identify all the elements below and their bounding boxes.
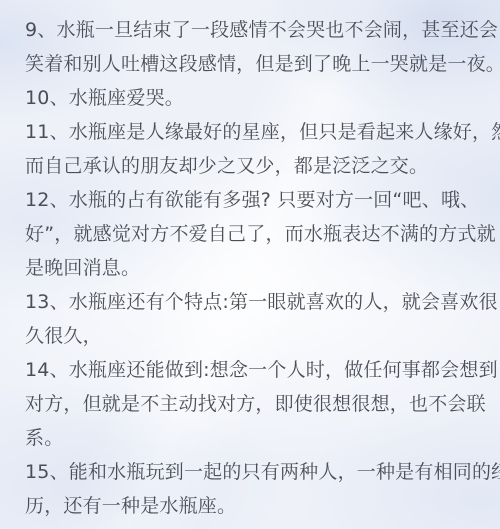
text-block: 9、水瓶一旦结束了一段感情不会哭也不会闹，甚至还会 笑着和别人吐槽这段感情，但是… <box>25 13 482 523</box>
paragraph-line: 笑着和别人吐槽这段感情，但是到了晚上一哭就是一夜。 <box>25 47 482 81</box>
paragraph-line: 好”，就感觉对方不爱自己了，而水瓶表达不满的方式就 <box>25 217 482 251</box>
paragraph-line: 历，还有一种是水瓶座。 <box>25 489 482 523</box>
paragraph-line: 是晚回消息。 <box>25 251 482 285</box>
paragraph-line: 15、能和水瓶玩到一起的只有两种人，一种是有相同的经 <box>25 455 482 489</box>
paragraph-line: 久很久， <box>25 319 482 353</box>
paragraph-line: 12、水瓶的占有欲能有多强? 只要对方一回“吧、哦、 <box>25 183 482 217</box>
text-card: 9、水瓶一旦结束了一段感情不会哭也不会闹，甚至还会 笑着和别人吐槽这段感情，但是… <box>0 0 500 529</box>
paragraph-line: 14、水瓶座还能做到:想念一个人时，做任何事都会想到 <box>25 353 482 387</box>
paragraph-line: 11、水瓶座是人缘最好的星座，但只是看起来人缘好，然 <box>25 115 482 149</box>
paragraph-line: 而自己承认的朋友却少之又少，都是泛泛之交。 <box>25 149 482 183</box>
paragraph-line: 13、水瓶座还有个特点:第一眼就喜欢的人，就会喜欢很 <box>25 285 482 319</box>
paragraph-line: 9、水瓶一旦结束了一段感情不会哭也不会闹，甚至还会 <box>25 13 482 47</box>
paragraph-line: 对方，但就是不主动找对方，即使很想很想，也不会联 <box>25 387 482 421</box>
paragraph-line: 系。 <box>25 421 482 455</box>
paragraph-line: 10、水瓶座爱哭。 <box>25 81 482 115</box>
